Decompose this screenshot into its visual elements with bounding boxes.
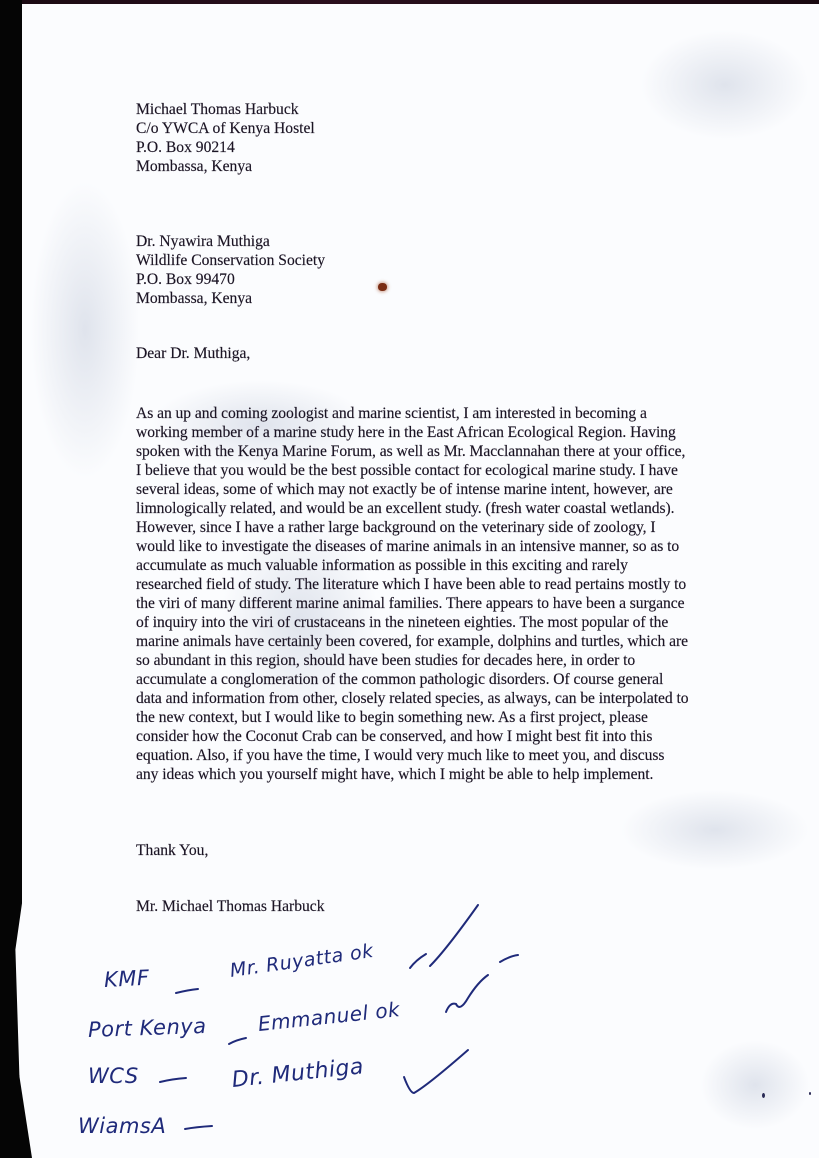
handwritten-contact-3: Dr. Muthiga — [231, 1054, 365, 1093]
paper-smudge — [700, 1040, 810, 1130]
check-mark-icon — [404, 1050, 468, 1093]
body-line: equation. Also, if you have the time, I … — [136, 746, 726, 765]
body-line: would like to investigate the diseases o… — [136, 537, 726, 556]
sender-care-of: C/o YWCA of Kenya Hostel — [136, 119, 315, 138]
body-line: However, since I have a rather large bac… — [136, 518, 726, 537]
scanned-letter-page: Michael Thomas Harbuck C/o YWCA of Kenya… — [0, 0, 819, 1158]
body-line: accumulate as much valuable information … — [136, 556, 726, 575]
ink-stain — [378, 283, 387, 291]
scan-border-left — [0, 0, 22, 1158]
handwritten-contact-2: Emmanuel ok — [257, 997, 401, 1036]
dash-stroke — [160, 1078, 186, 1082]
sender-po-box: P.O. Box 90214 — [136, 138, 315, 157]
sender-city: Mombassa, Kenya — [136, 157, 315, 176]
paper-smudge — [620, 790, 810, 870]
recipient-organization: Wildlife Conservation Society — [136, 251, 325, 270]
scan-border-top — [0, 0, 819, 4]
body-line: consider how the Coconut Crab can be con… — [136, 727, 726, 746]
recipient-city: Mombassa, Kenya — [136, 289, 325, 308]
body-line: several ideas, some of which may not exa… — [136, 480, 726, 499]
body-line: researched field of study. The literatur… — [136, 575, 726, 594]
letter-body: As an up and coming zoologist and marine… — [136, 404, 726, 784]
closing: Thank You, — [136, 841, 208, 860]
recipient-name: Dr. Nyawira Muthiga — [136, 232, 325, 251]
body-line: so abundant in this region, should have … — [136, 651, 726, 670]
dash-stroke — [185, 1126, 212, 1129]
salutation: Dear Dr. Muthiga, — [136, 344, 250, 363]
scan-border-wedge — [16, 1075, 32, 1158]
check-mark-icon — [410, 905, 478, 968]
body-line: As an up and coming zoologist and marine… — [136, 404, 726, 423]
body-line: any ideas which you yourself might have,… — [136, 765, 726, 784]
paper-smudge — [640, 30, 810, 140]
recipient-address: Dr. Nyawira Muthiga Wildlife Conservatio… — [136, 232, 325, 308]
dash-stroke — [229, 1038, 246, 1044]
body-line: accumulate a conglomeration of the commo… — [136, 670, 726, 689]
handwritten-org-1: KMF — [103, 966, 150, 992]
handwritten-contact-1: Mr. Ruyatta ok — [228, 940, 375, 982]
dash-stroke — [176, 989, 198, 993]
dash-stroke — [500, 955, 518, 962]
handwritten-org-4: WiamsA — [78, 1114, 166, 1138]
body-line: the viri of many different marine animal… — [136, 594, 726, 613]
paper-smudge — [30, 180, 140, 480]
body-line: limnologically related, and would be an … — [136, 499, 726, 518]
ink-speck — [762, 1093, 765, 1098]
sender-name: Michael Thomas Harbuck — [136, 100, 315, 119]
handwritten-org-2: Port Kenya — [88, 1014, 207, 1042]
ink-speck — [809, 1092, 811, 1095]
body-line: I believe that you would be the best pos… — [136, 461, 726, 480]
body-line: marine animals have certainly been cover… — [136, 632, 726, 651]
body-line: data and information from other, closely… — [136, 689, 726, 708]
body-line: working member of a marine study here in… — [136, 423, 726, 442]
sender-address: Michael Thomas Harbuck C/o YWCA of Kenya… — [136, 100, 315, 176]
handwritten-org-3: WCS — [88, 1064, 139, 1088]
typed-signature: Mr. Michael Thomas Harbuck — [136, 897, 325, 916]
body-line: of inquiry into the viri of crustaceans … — [136, 613, 726, 632]
check-mark-icon — [446, 975, 488, 1012]
body-line: spoken with the Kenya Marine Forum, as w… — [136, 442, 726, 461]
body-line: the new context, but I would like to beg… — [136, 708, 726, 727]
recipient-po-box: P.O. Box 99470 — [136, 270, 325, 289]
